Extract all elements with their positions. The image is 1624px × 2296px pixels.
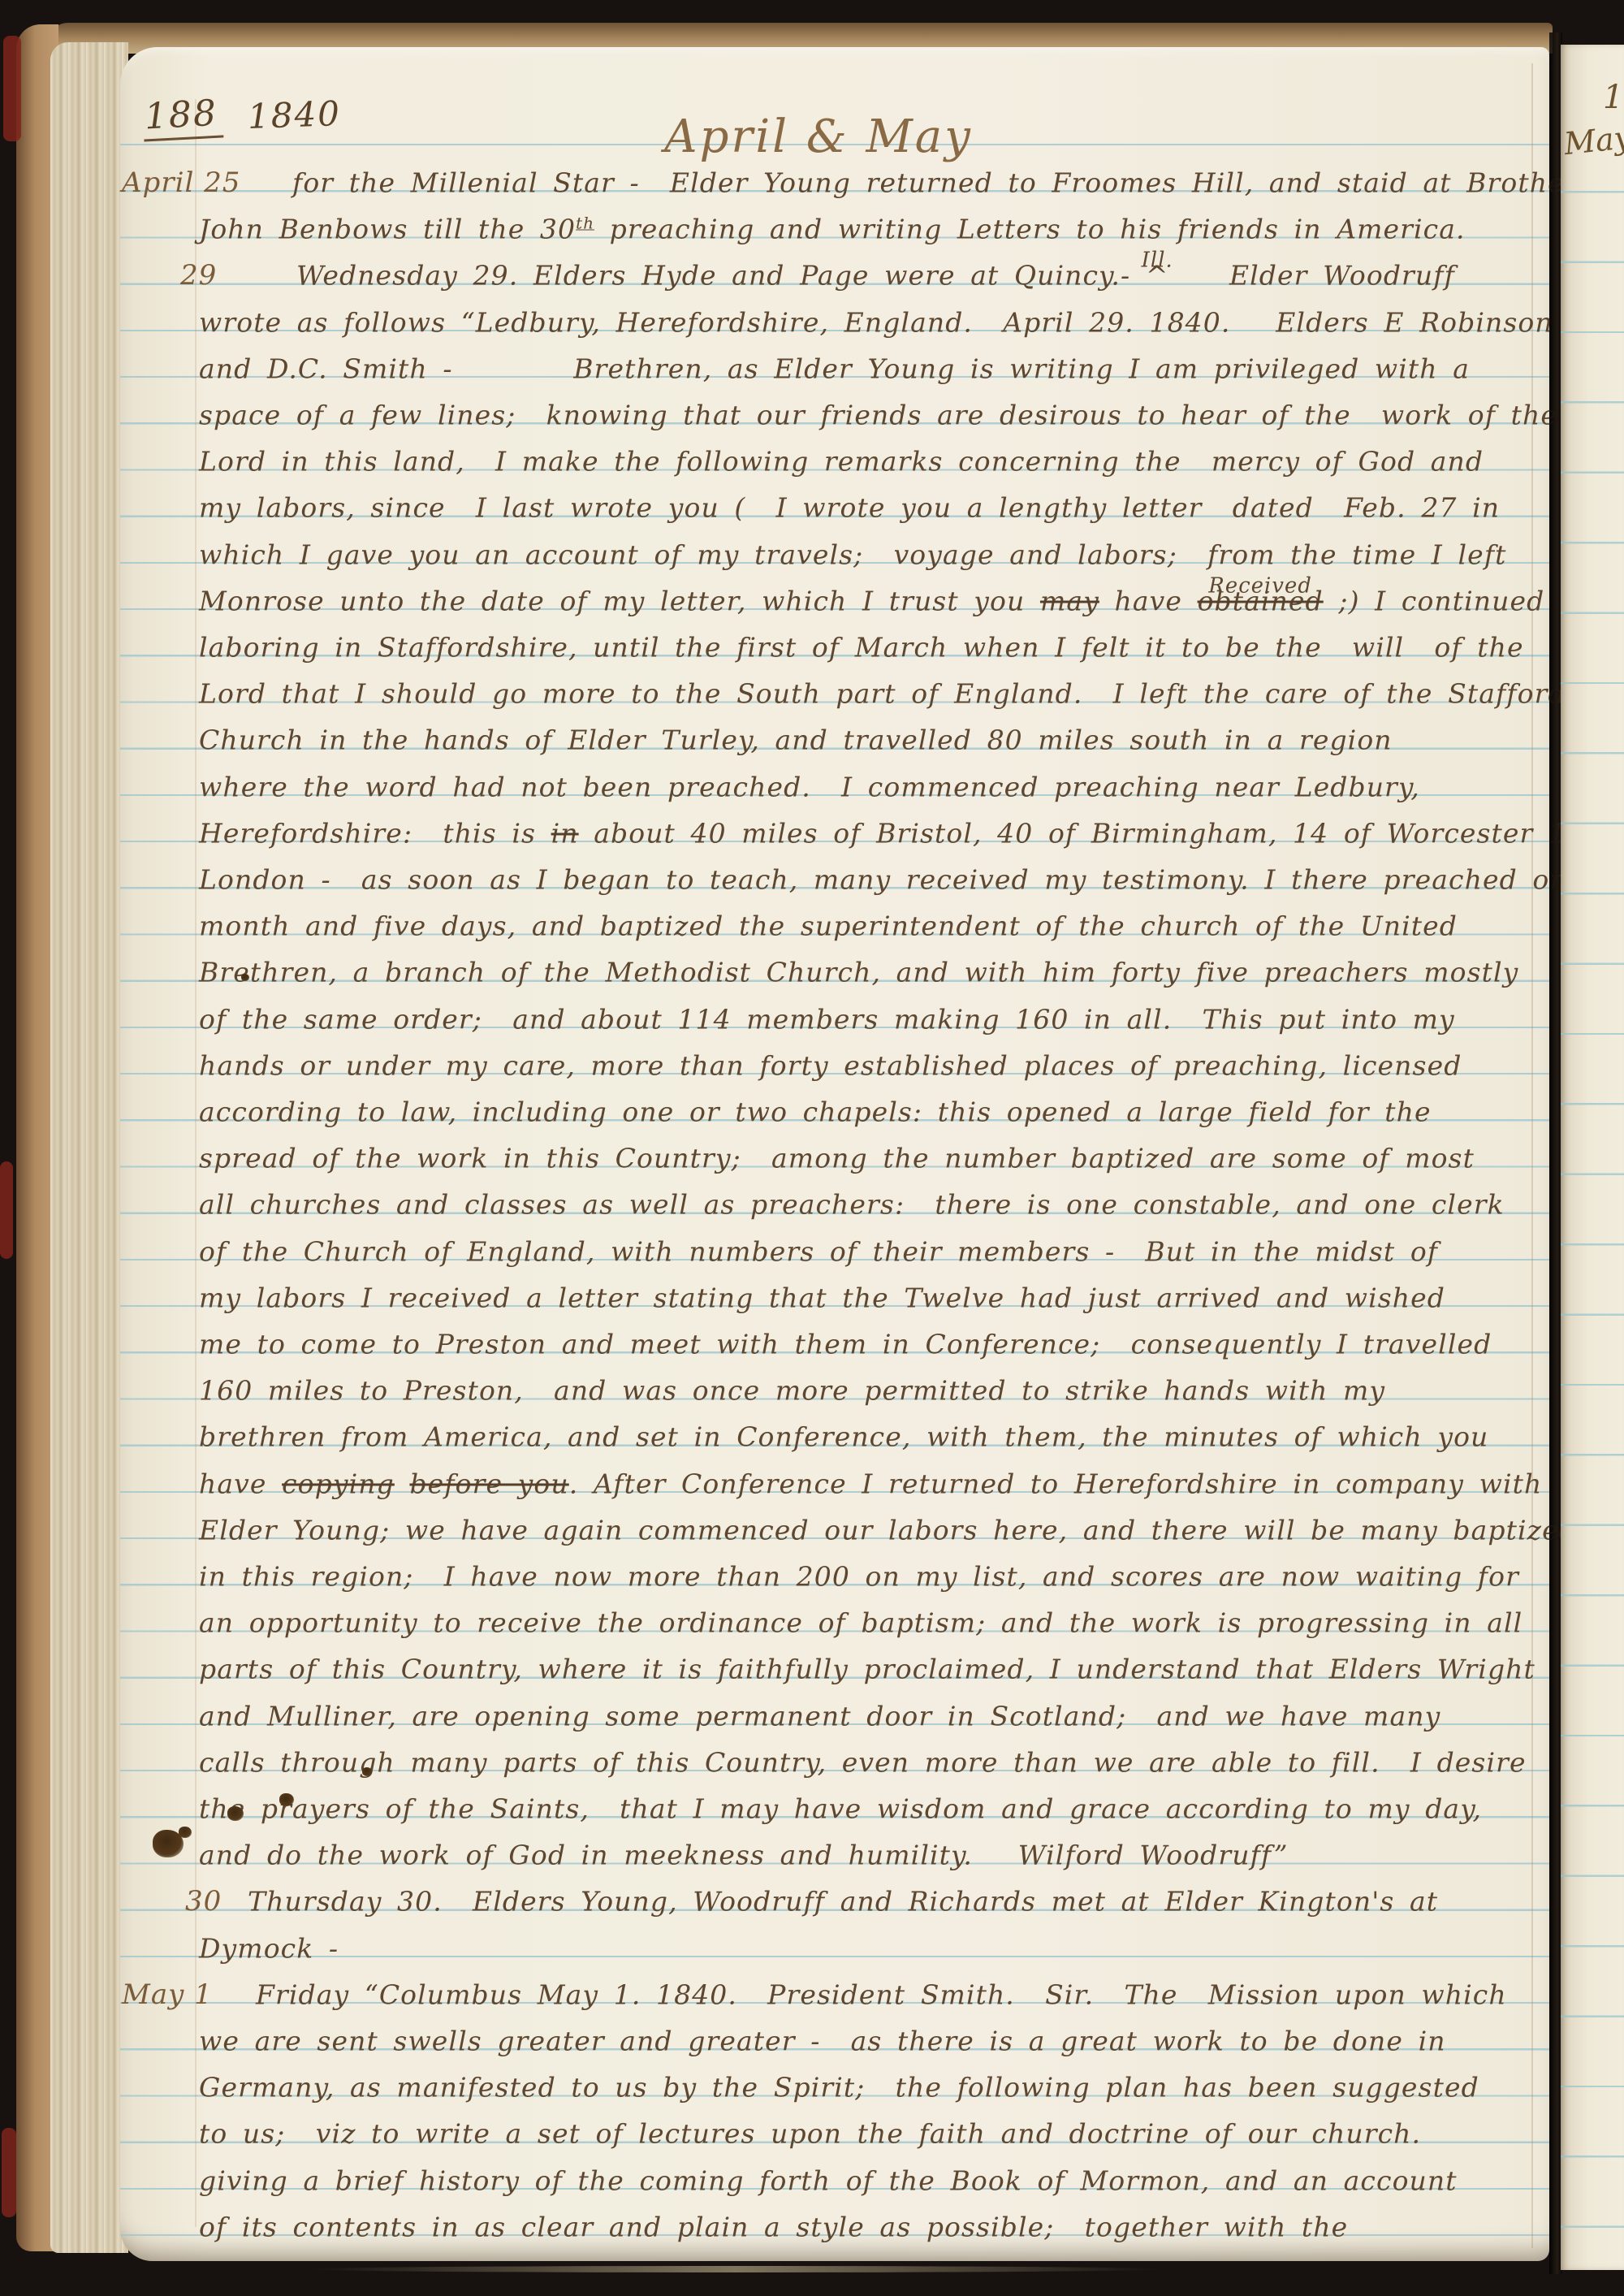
journal-line: Elder Young; we have again commenced our… (199, 1516, 1577, 1543)
handwritten-text: parts of this Country, where it is faith… (199, 1654, 1535, 1685)
journal-line: Lord in this land, I make the following … (199, 448, 1484, 475)
handwritten-text: we are sent swells greater and greater -… (199, 2026, 1446, 2057)
handwritten-text: the prayers of the Saints, that I may ha… (199, 1793, 1482, 1825)
journal-line: to us; viz to write a set of lectures up… (199, 2121, 1421, 2147)
journal-line: have copying before you. After Conferenc… (199, 1470, 1542, 1497)
journal-line: wrote as follows “Ledbury, Herefordshire… (199, 309, 1553, 335)
journal-line: space of a few lines; knowing that our f… (199, 402, 1557, 429)
journal-line: and do the work of God in meekness and h… (199, 1842, 1289, 1869)
handwritten-text: Lord in this land, I make the following … (199, 446, 1484, 478)
handwritten-text: laboring in Staffordshire, until the fir… (199, 632, 1524, 664)
handwritten-text: have (1099, 585, 1198, 616)
page-number-block: 188 1840 (143, 94, 341, 140)
journal-line: laboring in Staffordshire, until the fir… (199, 634, 1524, 661)
handwritten-text: spread of the work in this Country; amon… (199, 1143, 1475, 1174)
journal-line: John Benbows till the 30th preaching and… (199, 216, 1466, 243)
handwritten-text (395, 1468, 410, 1499)
ink-blot (227, 1806, 244, 1821)
ink-blot (279, 1793, 294, 1806)
journal-line: month and five days, and baptized the su… (199, 913, 1458, 940)
handwritten-text: preaching and writing Letters to his fri… (594, 214, 1466, 245)
handwritten-text: and Mulliner, are opening some permanent… (199, 1700, 1440, 1732)
journal-line: in this region; I have now more than 200… (199, 1563, 1519, 1590)
margin-date: 29 (180, 259, 217, 292)
journal-line: calls through many parts of this Country… (199, 1749, 1527, 1775)
journal-line: Friday “Columbus May 1. 1840. President … (256, 1981, 1507, 2008)
journal-line: where the word had not been preached. I … (199, 773, 1420, 800)
journal-line: London - as soon as I began to teach, ma… (199, 867, 1584, 893)
handwritten-text: London - as soon as I began to teach, ma… (199, 864, 1584, 896)
journal-line: for the Millenial Star - Elder Young ret… (292, 170, 1579, 197)
journal-line: of the Church of England, with numbers o… (199, 1238, 1438, 1265)
year-label: 1840 (247, 93, 342, 136)
next-page-sliver: 1 May (1561, 45, 1624, 2270)
handwritten-text: my labors I received a letter stating th… (199, 1282, 1445, 1313)
journal-line: and D.C. Smith - Brethren, as Elder Youn… (199, 355, 1470, 382)
handwritten-text: th (576, 214, 594, 233)
handwritten-text: Elder Young; we have again commenced our… (199, 1514, 1577, 1546)
spine-red-mark (3, 36, 21, 141)
handwritten-text: have (199, 1468, 282, 1499)
handwritten-text: Wednesday 29. Elders Hyde and Page were … (296, 260, 1146, 292)
struck-word: copying (282, 1468, 395, 1499)
journal-line: Lord that I should go more to the South … (199, 681, 1624, 707)
handwritten-text: an opportunity to receive the ordinance … (199, 1607, 1522, 1639)
handwritten-text: Monrose unto the date of my letter, whic… (199, 585, 1040, 616)
handwritten-text: all churches and classes as well as prea… (199, 1189, 1505, 1221)
journal-line: Germany, as manifested to us by the Spir… (199, 2074, 1479, 2101)
handwritten-text: Brethren, a branch of the Methodist Chur… (199, 957, 1518, 988)
handwritten-text: my labors, since I last wrote you ( I wr… (199, 492, 1500, 524)
handwritten-text: Church in the hands of Elder Turley, and… (199, 724, 1393, 756)
journal-line: spread of the work in this Country; amon… (199, 1145, 1475, 1172)
handwritten-text: of its contents in as clear and plain a … (199, 2211, 1348, 2242)
journal-line: we are sent swells greater and greater -… (199, 2028, 1446, 2055)
ink-blot (241, 974, 249, 981)
journal-line: according to law, including one or two c… (199, 1099, 1432, 1126)
ink-blot (362, 1767, 372, 1776)
next-page-number-fragment: 1 (1603, 79, 1623, 116)
struck-word: may (1040, 585, 1099, 616)
journal-line: of the same order; and about 114 members… (199, 1005, 1455, 1032)
handwritten-text: Elder Woodruff (1169, 260, 1455, 292)
page-header-title: April & May (575, 110, 1062, 163)
journal-line: Herefordshire: this is in about 40 miles… (199, 819, 1624, 846)
journal-line: and Mulliner, are opening some permanent… (199, 1702, 1440, 1729)
margin-date: 30 (185, 1885, 222, 1918)
journal-line: Thursday 30. Elders Young, Woodruff and … (248, 1888, 1438, 1915)
struck-word: obtainedReceived (1198, 585, 1324, 616)
page-number: 188 (142, 92, 224, 141)
handwritten-text: Germany, as manifested to us by the Spir… (199, 2072, 1479, 2104)
next-page-margin-date: May (1562, 119, 1624, 162)
handwritten-text: . After Conference I returned to Herefor… (569, 1468, 1543, 1499)
handwritten-text: Dymock - (199, 1932, 339, 1964)
handwritten-text: month and five days, and baptized the su… (199, 910, 1458, 942)
journal-line: of its contents in as clear and plain a … (199, 2213, 1348, 2240)
handwritten-text: hands or under my care, more than forty … (199, 1049, 1462, 1081)
handwritten-text: and do the work of God in meekness and h… (199, 1840, 1289, 1871)
handwritten-text: in this region; I have now more than 200… (199, 1561, 1519, 1593)
journal-line: brethren from America, and set in Confer… (199, 1424, 1488, 1451)
journal-line: the prayers of the Saints, that I may ha… (199, 1796, 1482, 1823)
page-bottom-curl-highlight (309, 2266, 1161, 2272)
journal-line: my labors I received a letter stating th… (199, 1284, 1445, 1311)
handwritten-text: me to come to Preston and meet with them… (199, 1329, 1492, 1360)
handwritten-text: brethren from America, and set in Confer… (199, 1421, 1488, 1453)
journal-line: hands or under my care, more than forty … (199, 1052, 1462, 1079)
inserted-word-above: Received (1208, 576, 1312, 597)
journal-line: Monrose unto the date of my letter, whic… (199, 587, 1544, 614)
handwritten-text: ^Ill. (1146, 260, 1169, 292)
journal-line: my labors, since I last wrote you ( I wr… (199, 495, 1500, 521)
handwritten-text: and D.C. Smith - Brethren, as Elder Youn… (199, 352, 1470, 384)
handwritten-text: Herefordshire: this is (199, 817, 551, 849)
spine-red-mark (0, 1161, 13, 1259)
handwritten-text: space of a few lines; knowing that our f… (199, 400, 1557, 431)
journal-line: 160 miles to Preston, and was once more … (199, 1377, 1385, 1404)
margin-date: April 25 (122, 166, 240, 199)
handwritten-text: of the same order; and about 114 members… (199, 1003, 1455, 1035)
page-crease (1531, 63, 1533, 2248)
stacked-page-edges (50, 42, 128, 2253)
handwritten-text: of the Church of England, with numbers o… (199, 1235, 1438, 1267)
handwritten-text: Thursday 30. Elders Young, Woodruff and … (248, 1886, 1438, 1918)
handwritten-text: where the word had not been preached. I … (199, 771, 1420, 802)
handwritten-text: Lord that I should go more to the South … (199, 678, 1624, 710)
scanned-journal-page: 188 1840 April & May for the Millenial S… (0, 0, 1624, 2296)
spine-red-mark (2, 2128, 16, 2217)
margin-date: May 1 (122, 1978, 213, 2011)
handwritten-text: giving a brief history of the coming for… (199, 2164, 1458, 2196)
handwritten-text: for the Millenial Star - Elder Young ret… (292, 167, 1579, 199)
handwritten-text: according to law, including one or two c… (199, 1096, 1432, 1128)
journal-line: parts of this Country, where it is faith… (199, 1656, 1535, 1683)
struck-word: before you (409, 1468, 568, 1499)
journal-line: Brethren, a branch of the Methodist Chur… (199, 959, 1518, 986)
handwritten-text: Friday “Columbus May 1. 1840. President … (256, 1978, 1507, 2010)
next-page-ruled-lines (1561, 123, 1624, 2234)
journal-line: giving a brief history of the coming for… (199, 2167, 1458, 2194)
handwritten-text: to us; viz to write a set of lectures up… (199, 2118, 1421, 2150)
handwritten-text: which I gave you an account of my travel… (199, 538, 1507, 570)
journal-line: me to come to Preston and meet with them… (199, 1331, 1492, 1358)
inserted-word-above: Ill. (1142, 251, 1173, 272)
handwritten-text: about 40 miles of Bristol, 40 of Birming… (579, 817, 1624, 849)
handwritten-text: wrote as follows “Ledbury, Herefordshire… (199, 306, 1553, 338)
struck-word: in (551, 817, 579, 849)
handwritten-text: John Benbows till the 30 (199, 214, 576, 245)
handwritten-text: calls through many parts of this Country… (199, 1746, 1527, 1778)
journal-line: Church in the hands of Elder Turley, and… (199, 727, 1393, 754)
journal-line: Dymock - (199, 1935, 339, 1961)
handwritten-text: ;) I continued (1324, 585, 1545, 616)
journal-line: Wednesday 29. Elders Hyde and Page were … (296, 262, 1455, 289)
journal-line: an opportunity to receive the ordinance … (199, 1610, 1522, 1637)
handwritten-text: 160 miles to Preston, and was once more … (199, 1375, 1385, 1407)
journal-line: all churches and classes as well as prea… (199, 1191, 1505, 1218)
journal-line: which I gave you an account of my travel… (199, 541, 1507, 568)
journal-page: 188 1840 April & May for the Millenial S… (120, 47, 1549, 2261)
